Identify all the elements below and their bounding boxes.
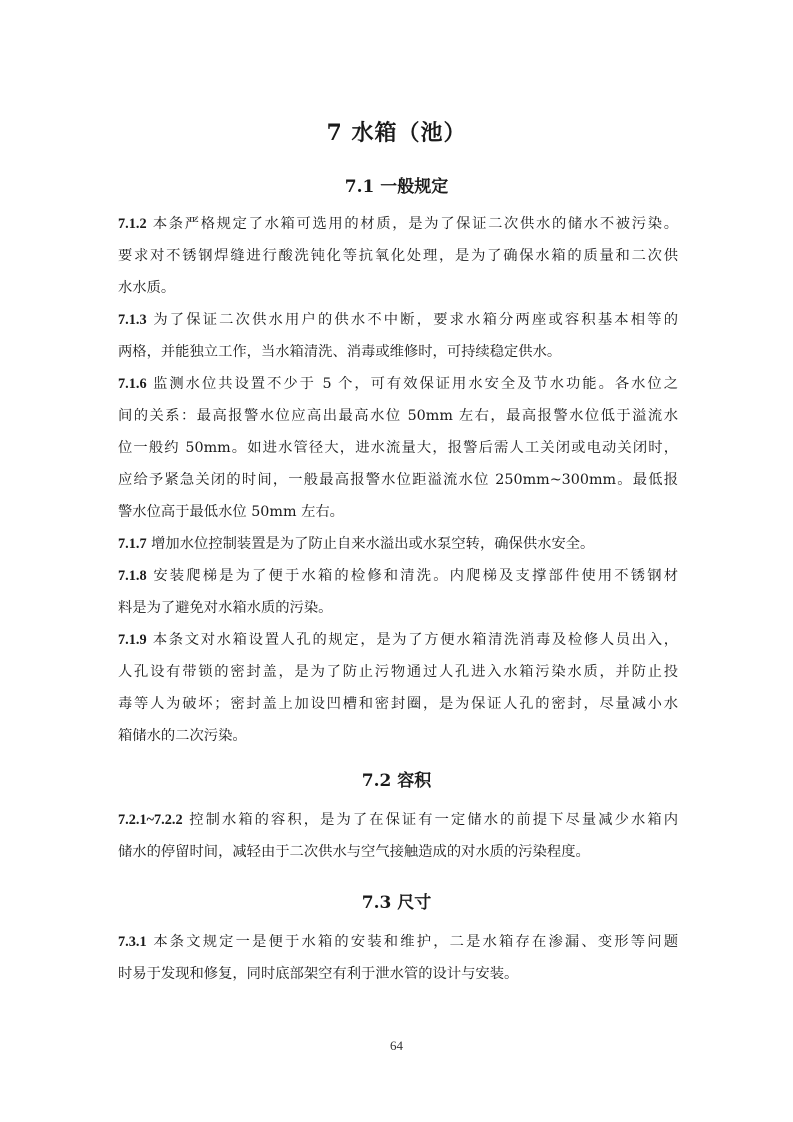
clause-7-1-3-line-1: 7.1.3 为了保证二次供水用户的供水不中断，要求水箱分两座或容积基本相等的 [118, 310, 678, 330]
clause-7-1-6-line-4: 应给予紧急关闭的时间，一般最高报警水位距溢流水位 250mm~300mm。最低报 [118, 470, 678, 490]
section-title-7-1: 7.1 一般规定 [0, 172, 793, 197]
clause-number: 7.3.1 [118, 934, 147, 950]
clause-7-2-1-line-2: 储水的停留时间，减轻由于二次供水与空气接触造成的对水质的污染程度。 [118, 842, 678, 862]
clause-number: 7.1.8 [118, 568, 147, 584]
clause-text: 本条文对水箱设置人孔的规定，是为了方便水箱清洗消毒及检修人员出入， [153, 632, 678, 648]
clause-7-1-2-line-3: 水水质。 [118, 278, 678, 298]
section-title-7-3: 7.3 尺寸 [0, 888, 793, 913]
clause-number: 7.2.1~7.2.2 [118, 812, 183, 828]
clause-text: 安装爬梯是为了便于水箱的检修和清洗。内爬梯及支撑部件使用不锈钢材 [153, 568, 678, 584]
clause-7-2-1-line-1: 7.2.1~7.2.2 控制水箱的容积，是为了在保证有一定储水的前提下尽量减少水… [118, 810, 678, 830]
clause-number: 7.1.2 [118, 216, 147, 232]
clause-7-1-9-line-3: 毒等人为破坏；密封盖上加设凹槽和密封圈，是为保证人孔的密封，尽量减小水 [118, 694, 678, 714]
clause-7-1-2-line-2: 要求对不锈钢焊缝进行酸洗钝化等抗氧化处理，是为了确保水箱的质量和二次供 [118, 246, 678, 266]
clause-text: 控制水箱的容积，是为了在保证有一定储水的前提下尽量减少水箱内 [189, 812, 678, 828]
clause-7-1-6-line-1: 7.1.6 监测水位共设置不少于 5 个，可有效保证用水安全及节水功能。各水位之 [118, 374, 678, 394]
clause-7-1-8-line-1: 7.1.8 安装爬梯是为了便于水箱的检修和清洗。内爬梯及支撑部件使用不锈钢材 [118, 566, 678, 586]
clause-7-1-3-line-2: 两格，并能独立工作，当水箱清洗、消毒或维修时，可持续稳定供水。 [118, 342, 678, 362]
clause-number: 7.1.6 [118, 376, 147, 392]
document-page: 7 水箱（池） 7.1 一般规定 7.1.2 本条严格规定了水箱可选用的材质，是… [0, 0, 793, 1122]
clause-7-1-9-line-1: 7.1.9 本条文对水箱设置人孔的规定，是为了方便水箱清洗消毒及检修人员出入， [118, 630, 678, 650]
page-number: 64 [0, 1038, 793, 1054]
clause-text: 本条严格规定了水箱可选用的材质，是为了保证二次供水的储水不被污染。 [153, 216, 678, 232]
clause-7-1-6-line-2: 间的关系：最高报警水位应高出最高水位 50mm 左右，最高报警水位低于溢流水 [118, 406, 678, 426]
clause-text: 监测水位共设置不少于 5 个，可有效保证用水安全及节水功能。各水位之 [153, 376, 678, 392]
clause-number: 7.1.9 [118, 632, 147, 648]
clause-7-3-1-line-1: 7.3.1 本条文规定一是便于水箱的安装和维护，二是水箱存在渗漏、变形等问题 [118, 932, 678, 952]
clause-text: 为了保证二次供水用户的供水不中断，要求水箱分两座或容积基本相等的 [153, 312, 678, 328]
clause-7-1-7-line-1: 7.1.7 增加水位控制装置是为了防止自来水溢出或水泵空转，确保供水安全。 [118, 534, 678, 554]
clause-text: 增加水位控制装置是为了防止自来水溢出或水泵空转，确保供水安全。 [151, 536, 594, 552]
clause-7-1-9-line-4: 箱储水的二次污染。 [118, 726, 678, 746]
clause-number: 7.1.3 [118, 312, 147, 328]
clause-text: 本条文规定一是便于水箱的安装和维护，二是水箱存在渗漏、变形等问题 [153, 934, 678, 950]
clause-7-1-6-line-3: 位一般约 50mm。如进水管径大，进水流量大，报警后需人工关闭或电动关闭时， [118, 438, 678, 458]
clause-7-1-6-line-5: 警水位高于最低水位 50mm 左右。 [118, 502, 678, 522]
section-title-7-2: 7.2 容积 [0, 766, 793, 791]
clause-7-1-9-line-2: 人孔设有带锁的密封盖，是为了防止污物通过人孔进入水箱污染水质，并防止投 [118, 662, 678, 682]
clause-number: 7.1.7 [118, 536, 147, 552]
chapter-title: 7 水箱（池） [0, 116, 793, 147]
clause-7-1-2-line-1: 7.1.2 本条严格规定了水箱可选用的材质，是为了保证二次供水的储水不被污染。 [118, 214, 678, 234]
clause-7-3-1-line-2: 时易于发现和修复，同时底部架空有利于泄水管的设计与安装。 [118, 964, 678, 984]
clause-7-1-8-line-2: 料是为了避免对水箱水质的污染。 [118, 598, 678, 618]
